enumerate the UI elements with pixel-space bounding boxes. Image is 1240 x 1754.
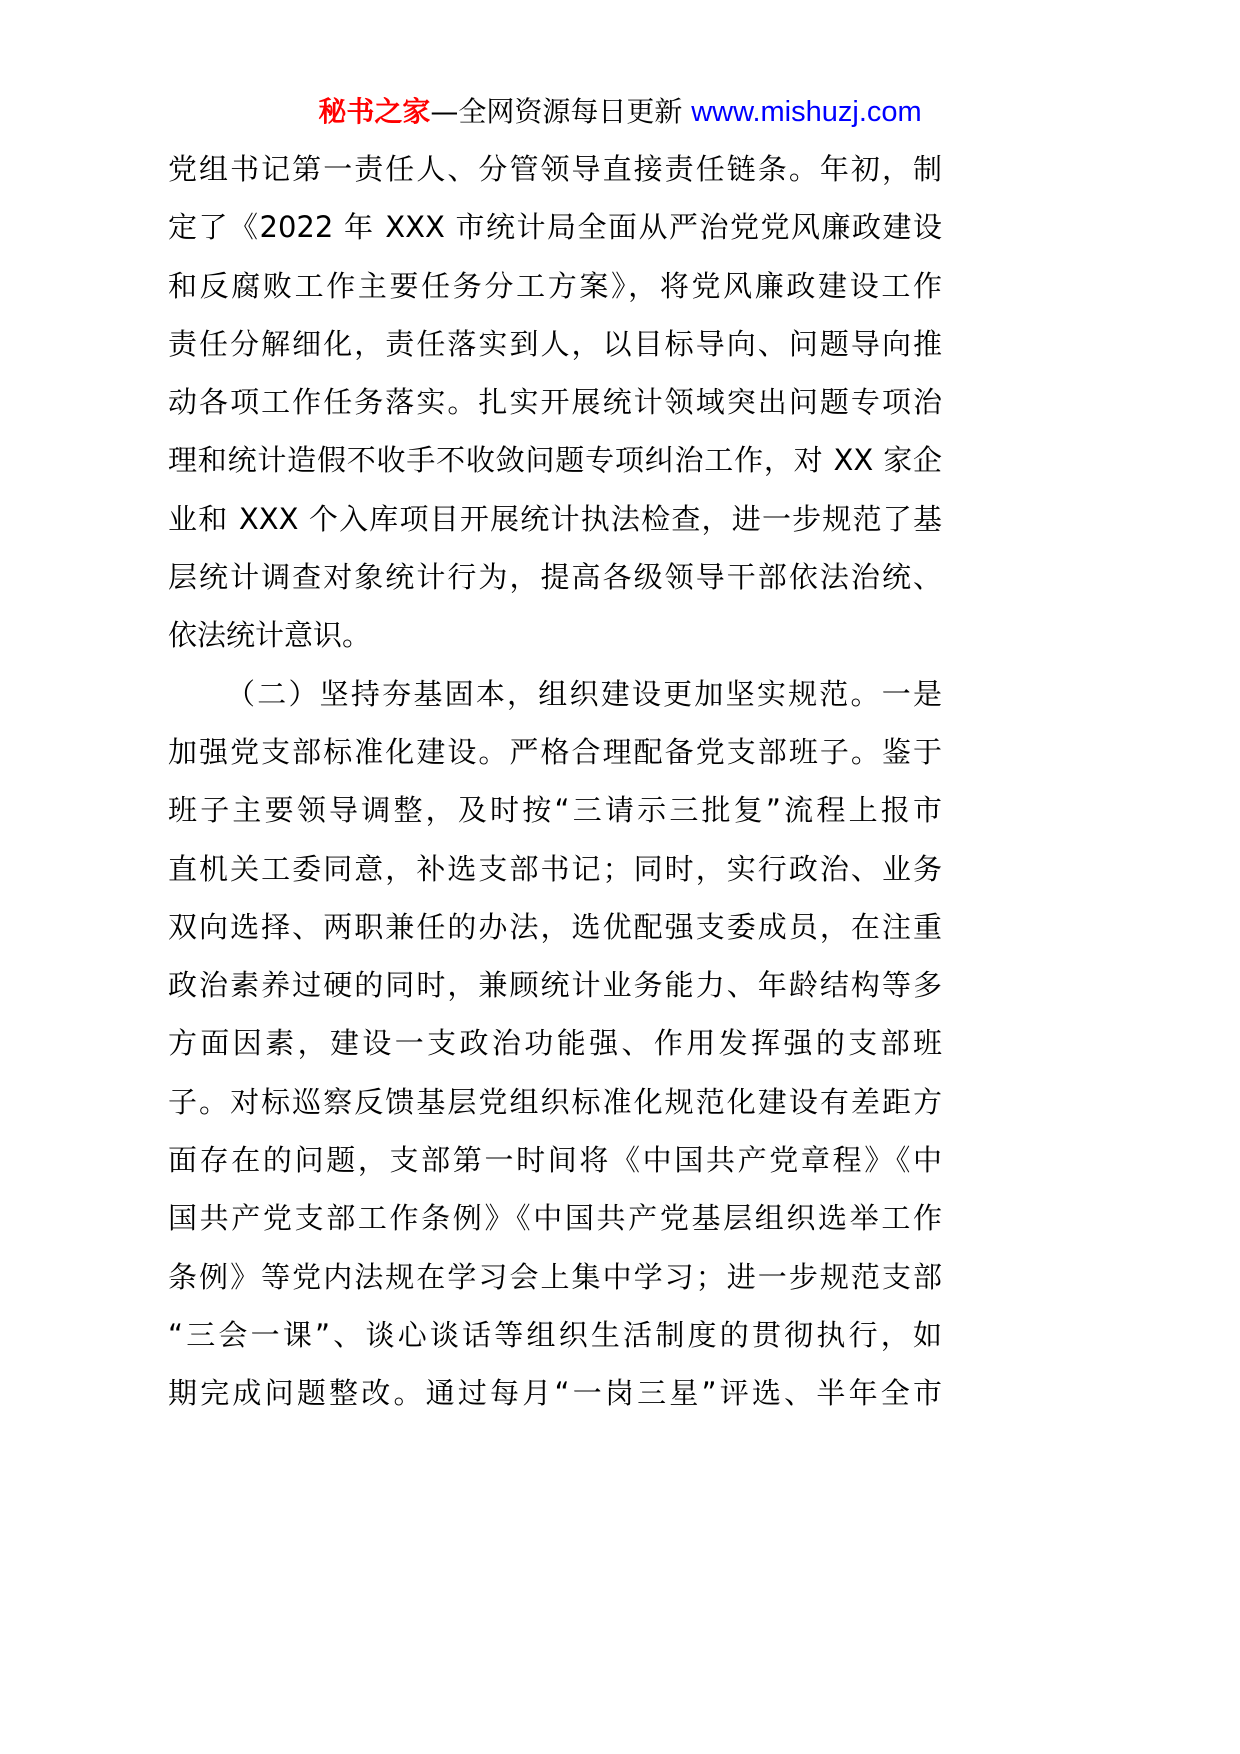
text-line: 双向选择、两职兼任的办法，选优配强支委成员，在注重 (168, 898, 942, 956)
text-line: 直机关工委同意，补选支部书记；同时，实行政治、业务 (168, 840, 942, 898)
text-line: 动各项工作任务落实。扎实开展统计领域突出问题专项治 (168, 373, 942, 431)
header-tagline: —全网资源每日更新 (430, 95, 691, 128)
text-line: 方面因素，建设一支政治功能强、作用发挥强的支部班 (168, 1014, 942, 1072)
text-line: 加强党支部标准化建设。严格合理配备党支部班子。鉴于 (168, 723, 942, 781)
paragraph: （二）坚持夯基固本，组织建设更加坚实规范。一是 加强党支部标准化建设。严格合理配… (168, 665, 942, 1423)
text-line: 依法统计意识。 (168, 606, 942, 664)
text-line: 期完成问题整改。通过每月“一岗三星”评选、半年全市 (168, 1364, 942, 1422)
text-line: 国共产党支部工作条例》《中国共产党基层组织选举工作 (168, 1189, 942, 1247)
document-body: 党组书记第一责任人、分管领导直接责任链条。年初，制 定了《2022 年 XXX … (168, 140, 942, 1423)
section-heading-line: （二）坚持夯基固本，组织建设更加坚实规范。一是 (168, 665, 942, 723)
page-header: 秘书之家—全网资源每日更新 www.mishuzj.com (0, 90, 1240, 134)
paragraph: 党组书记第一责任人、分管领导直接责任链条。年初，制 定了《2022 年 XXX … (168, 140, 942, 665)
text-line: “三会一课”、谈心谈话等组织生活制度的贯彻执行，如 (168, 1306, 942, 1364)
text-line: 责任分解细化，责任落实到人，以目标导向、问题导向推 (168, 315, 942, 373)
text-line: 业和 XXX 个入库项目开展统计执法检查，进一步规范了基 (168, 490, 942, 548)
text-line: 层统计调查对象统计行为，提高各级领导干部依法治统、 (168, 548, 942, 606)
text-line: 班子主要领导调整，及时按“三请示三批复”流程上报市 (168, 781, 942, 839)
text-line: 面存在的问题，支部第一时间将《中国共产党章程》《中 (168, 1131, 942, 1189)
text-line: 子。对标巡察反馈基层党组织标准化规范化建设有差距方 (168, 1073, 942, 1131)
website-link[interactable]: www.mishuzj.com (691, 96, 921, 128)
text-line: 理和统计造假不收手不收敛问题专项纠治工作，对 XX 家企 (168, 431, 942, 489)
brand-name: 秘书之家 (318, 95, 430, 128)
text-line: 政治素养过硬的同时，兼顾统计业务能力、年龄结构等多 (168, 956, 942, 1014)
text-line: 和反腐败工作主要任务分工方案》，将党风廉政建设工作 (168, 257, 942, 315)
text-line: 定了《2022 年 XXX 市统计局全面从严治党党风廉政建设 (168, 198, 942, 256)
text-line: 条例》等党内法规在学习会上集中学习；进一步规范支部 (168, 1248, 942, 1306)
text-line: 党组书记第一责任人、分管领导直接责任链条。年初，制 (168, 140, 942, 198)
